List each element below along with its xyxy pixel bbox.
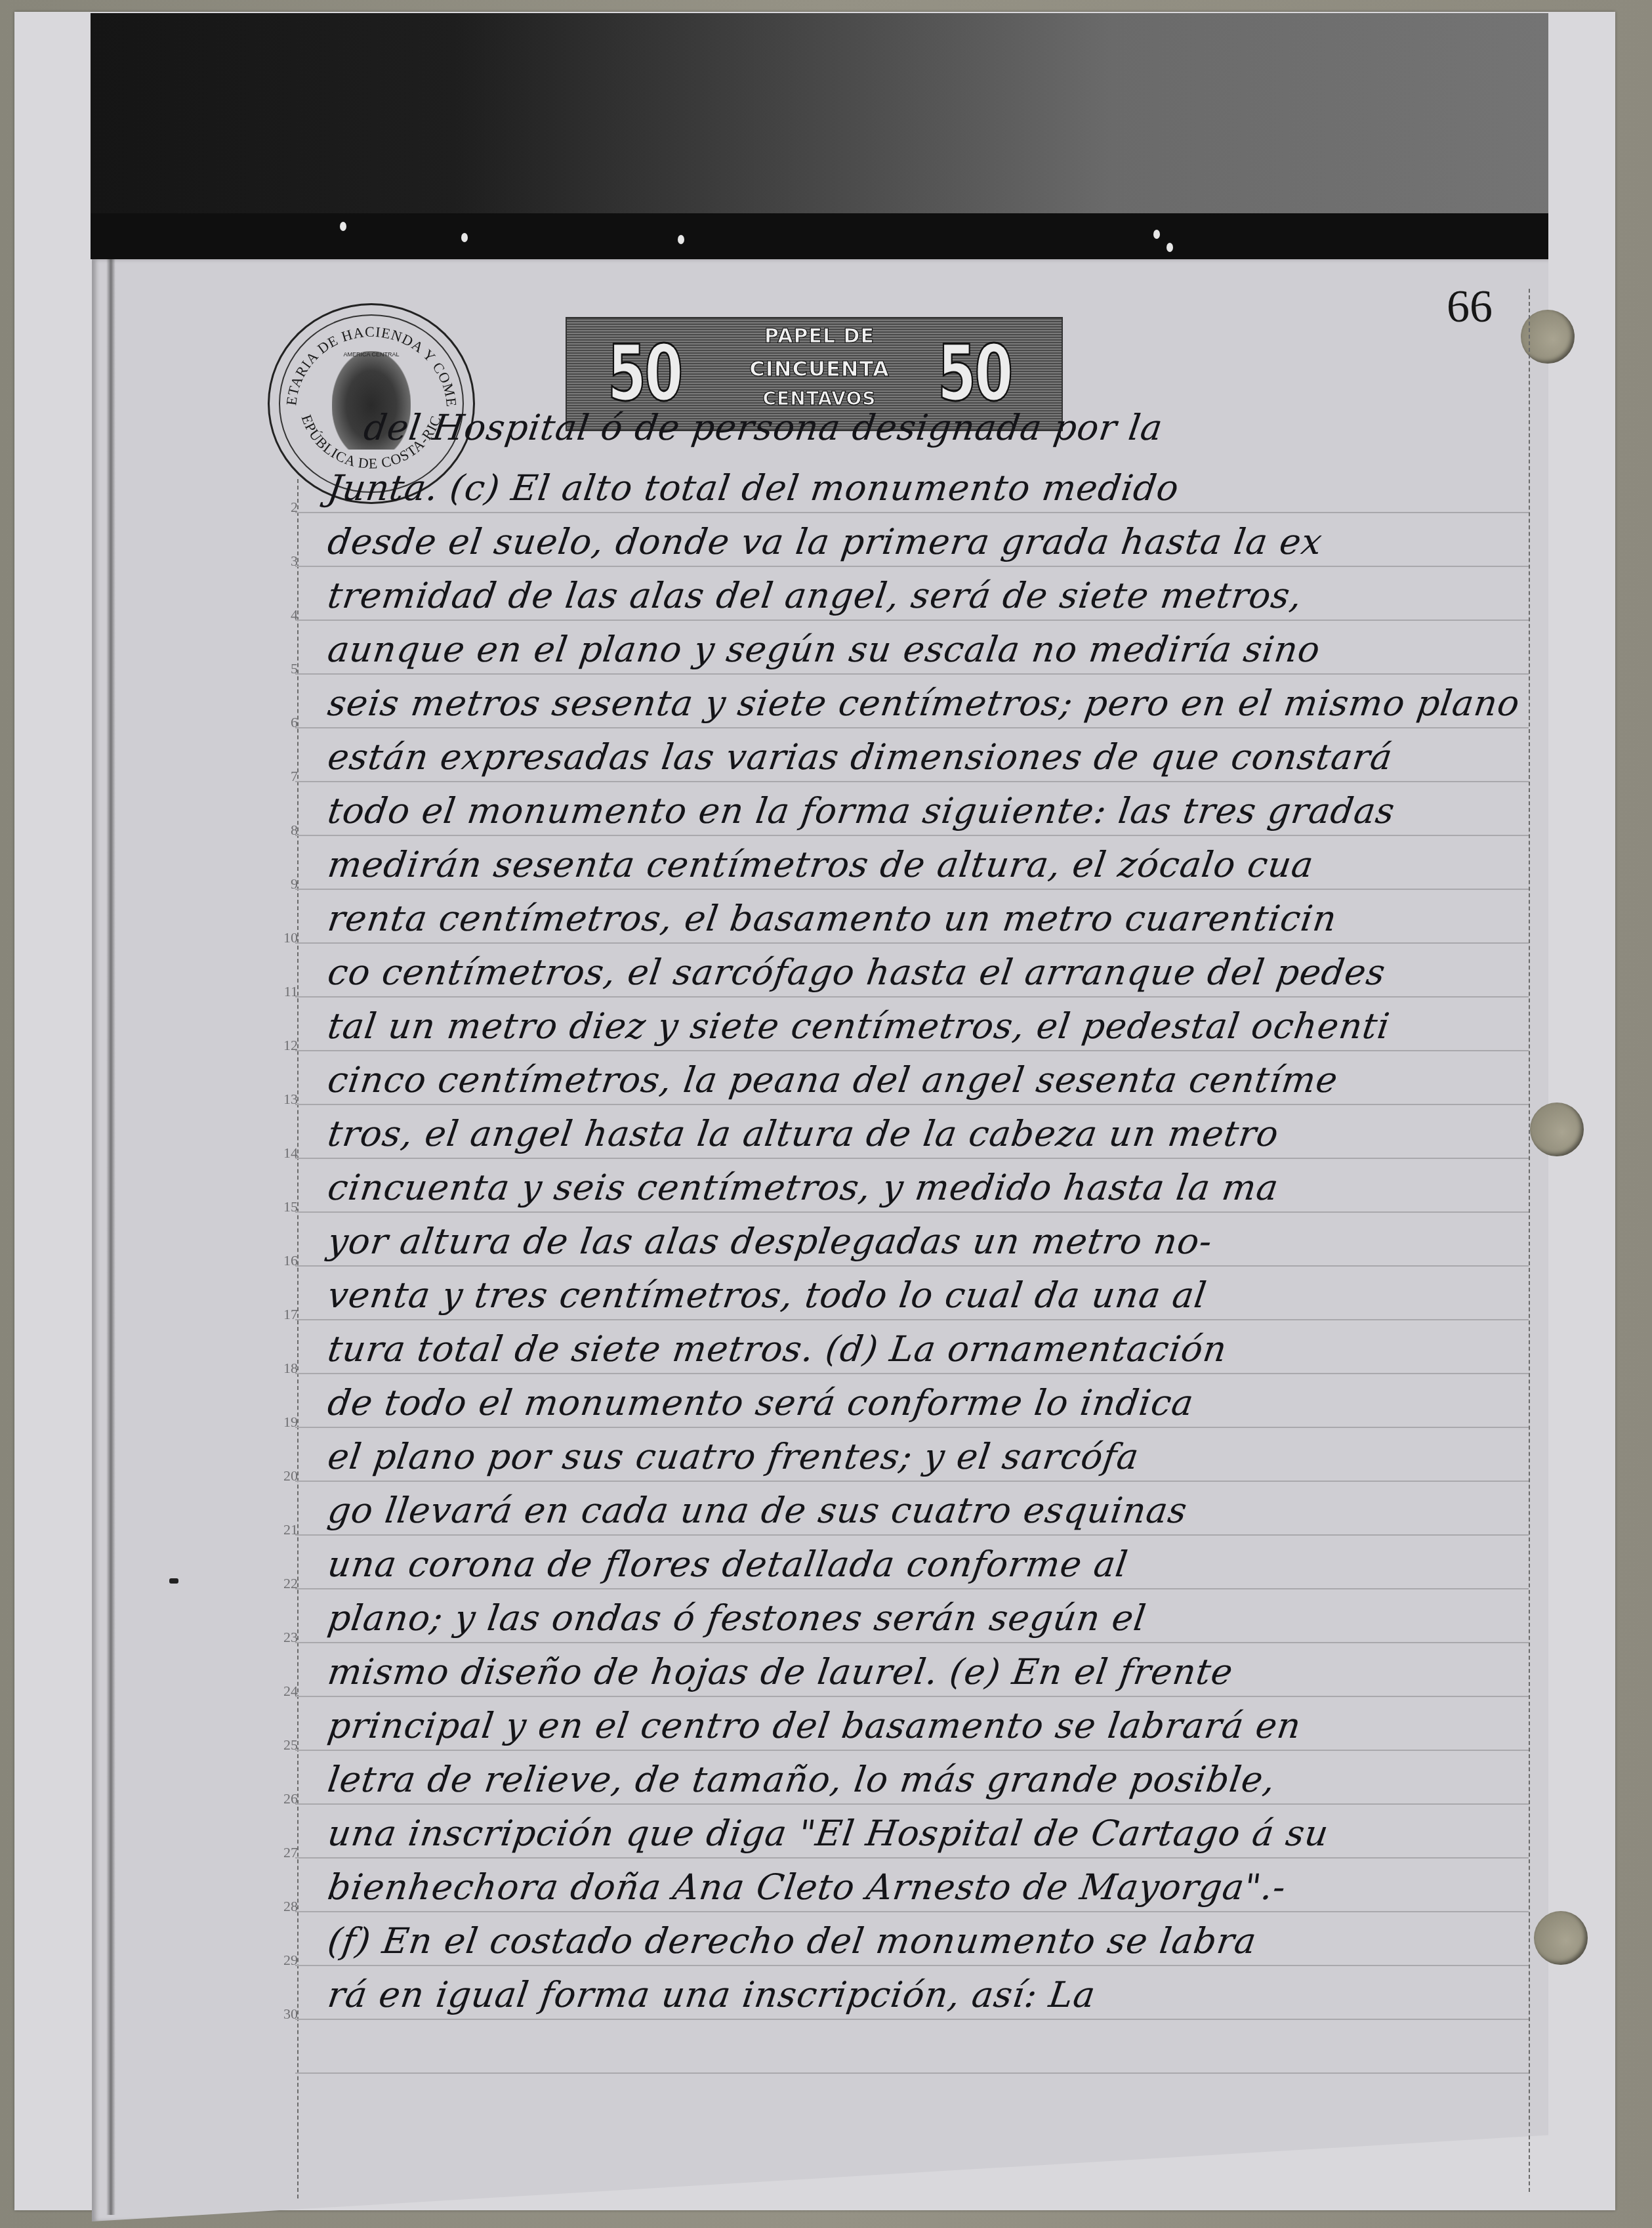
ruled-line bbox=[295, 1211, 1529, 1213]
line-number: 29 bbox=[278, 1952, 298, 1969]
speck bbox=[1167, 243, 1173, 252]
ruled-line bbox=[295, 1319, 1529, 1320]
text-line: principal y en el centro del basamento s… bbox=[325, 1705, 1538, 1746]
text-line: cinco centímetros, la peana del angel se… bbox=[325, 1059, 1538, 1101]
ink-mark bbox=[169, 1578, 178, 1584]
line-number: 5 bbox=[278, 660, 298, 677]
text-line: todo el monumento en la forma siguiente:… bbox=[325, 790, 1538, 831]
speck bbox=[1153, 230, 1160, 239]
line-number: 8 bbox=[278, 822, 298, 839]
ruled-line bbox=[295, 1696, 1529, 1697]
line-number: 2 bbox=[278, 499, 298, 516]
ruled-line bbox=[295, 781, 1529, 782]
ruled-line bbox=[295, 1373, 1529, 1374]
seal-ribbon-text: AMERICA CENTRAL bbox=[343, 351, 399, 358]
line-number: 17 bbox=[278, 1306, 298, 1323]
ruled-line bbox=[295, 620, 1529, 621]
text-line: el plano por sus cuatro frentes; y el sa… bbox=[325, 1436, 1538, 1477]
text-line: rá en igual forma una inscripción, así: … bbox=[325, 1974, 1538, 2015]
line-number: 22 bbox=[278, 1575, 298, 1592]
ruled-line bbox=[295, 942, 1529, 944]
line-number: 7 bbox=[278, 768, 298, 785]
line-number: 25 bbox=[278, 1736, 298, 1754]
ruled-line bbox=[295, 996, 1529, 998]
text-line: (f) En el costado derecho del monumento … bbox=[325, 1920, 1538, 1962]
page-binding-shadow bbox=[106, 259, 115, 2215]
text-line: tura total de siete metros. (d) La ornam… bbox=[325, 1328, 1538, 1370]
stamp-line-2: CINCUENTA bbox=[724, 356, 915, 381]
text-line: cincuenta y seis centímetros, y medido h… bbox=[325, 1167, 1538, 1208]
line-number: 18 bbox=[278, 1360, 298, 1377]
top-dark-band bbox=[91, 13, 1548, 259]
text-line: de todo el monumento será conforme lo in… bbox=[325, 1382, 1538, 1423]
ruled-line bbox=[295, 1050, 1529, 1051]
line-number: 24 bbox=[278, 1683, 298, 1700]
ruled-line bbox=[295, 566, 1529, 567]
ruled-line bbox=[295, 1965, 1529, 1966]
ruled-line bbox=[295, 1857, 1529, 1859]
text-line: una inscripción que diga "El Hospital de… bbox=[325, 1813, 1538, 1854]
ruled-line bbox=[295, 727, 1529, 728]
line-number: 30 bbox=[278, 2006, 298, 2023]
text-line: mismo diseño de hojas de laurel. (e) En … bbox=[325, 1651, 1538, 1692]
text-line: plano; y las ondas ó festones serán segú… bbox=[325, 1597, 1538, 1639]
line-number: 9 bbox=[278, 875, 298, 893]
ruled-line bbox=[295, 1265, 1529, 1267]
text-line: yor altura de las alas desplegadas un me… bbox=[325, 1221, 1538, 1262]
ruled-line bbox=[295, 1588, 1529, 1589]
ruled-line bbox=[295, 1534, 1529, 1536]
stamp-value-right: 50 bbox=[938, 330, 1011, 415]
text-line: tremidad de las alas del angel, será de … bbox=[325, 575, 1538, 616]
speck bbox=[461, 233, 468, 242]
line-number: 23 bbox=[278, 1629, 298, 1646]
text-line: renta centímetros, el basamento un metro… bbox=[325, 898, 1538, 939]
text-line: están expresadas las varias dimensiones … bbox=[325, 736, 1538, 778]
line-number: 20 bbox=[278, 1467, 298, 1484]
ruled-line bbox=[295, 835, 1529, 836]
text-line: venta y tres centímetros, todo lo cual d… bbox=[325, 1274, 1538, 1316]
text-line: del Hospital ó de persona designada por … bbox=[361, 407, 1575, 448]
line-number: 3 bbox=[278, 553, 298, 570]
text-line: aunque en el plano y según su escala no … bbox=[325, 629, 1538, 670]
line-number: 13 bbox=[278, 1091, 298, 1108]
line-number: 27 bbox=[278, 1844, 298, 1861]
text-line: co centímetros, el sarcófago hasta el ar… bbox=[325, 952, 1538, 993]
ruled-line bbox=[295, 1158, 1529, 1159]
page-number: 66 bbox=[1447, 281, 1493, 333]
text-line: una corona de flores detallada conforme … bbox=[325, 1544, 1538, 1585]
ruled-line bbox=[295, 1750, 1529, 1751]
text-line: seis metros sesenta y siete centímetros;… bbox=[325, 683, 1538, 724]
text-line: medirán sesenta centímetros de altura, e… bbox=[325, 844, 1538, 885]
ruled-line bbox=[295, 889, 1529, 890]
line-number: 26 bbox=[278, 1790, 298, 1807]
text-line: bienhechora doña Ana Cleto Arnesto de Ma… bbox=[325, 1866, 1538, 1908]
line-number: 11 bbox=[278, 983, 298, 1000]
text-line: Junta. (c) El alto total del monumento m… bbox=[325, 467, 1538, 509]
ruled-line bbox=[295, 673, 1529, 675]
text-line: letra de relieve, de tamaño, lo más gran… bbox=[325, 1759, 1538, 1800]
ruled-line bbox=[295, 1427, 1529, 1428]
stamp-line-1: PAPEL DE bbox=[724, 325, 915, 348]
line-number: 12 bbox=[278, 1037, 298, 1054]
ruled-line bbox=[295, 1911, 1529, 1912]
text-line: tros, el angel hasta la altura de la cab… bbox=[325, 1113, 1538, 1154]
line-number: 6 bbox=[278, 714, 298, 731]
text-line: tal un metro diez y siete centímetros, e… bbox=[325, 1005, 1538, 1047]
line-number: 4 bbox=[278, 606, 298, 623]
ruled-line bbox=[295, 1642, 1529, 1643]
line-number: 28 bbox=[278, 1898, 298, 1915]
speck bbox=[678, 235, 684, 244]
punch-hole-icon bbox=[1530, 1103, 1584, 1156]
ruled-line bbox=[295, 512, 1529, 513]
line-number: 19 bbox=[278, 1414, 298, 1431]
ruled-line bbox=[295, 2072, 1529, 2074]
line-number: 10 bbox=[278, 929, 298, 946]
line-number: 14 bbox=[278, 1145, 298, 1162]
punch-hole-icon bbox=[1534, 1911, 1588, 1965]
text-line: go llevará en cada una de sus cuatro esq… bbox=[325, 1490, 1538, 1531]
line-number: 15 bbox=[278, 1198, 298, 1215]
speck bbox=[340, 222, 346, 231]
line-number: 16 bbox=[278, 1252, 298, 1269]
top-band-edge bbox=[91, 213, 1548, 259]
ruled-line bbox=[295, 1481, 1529, 1482]
ruled-line bbox=[295, 1104, 1529, 1105]
line-number: 21 bbox=[278, 1521, 298, 1538]
left-margin-rule bbox=[297, 479, 299, 2198]
text-line: desde el suelo, donde va la primera grad… bbox=[325, 521, 1538, 562]
ruled-line bbox=[295, 1803, 1529, 1805]
ruled-line bbox=[295, 2019, 1529, 2020]
stamp-value-left: 50 bbox=[608, 330, 681, 415]
